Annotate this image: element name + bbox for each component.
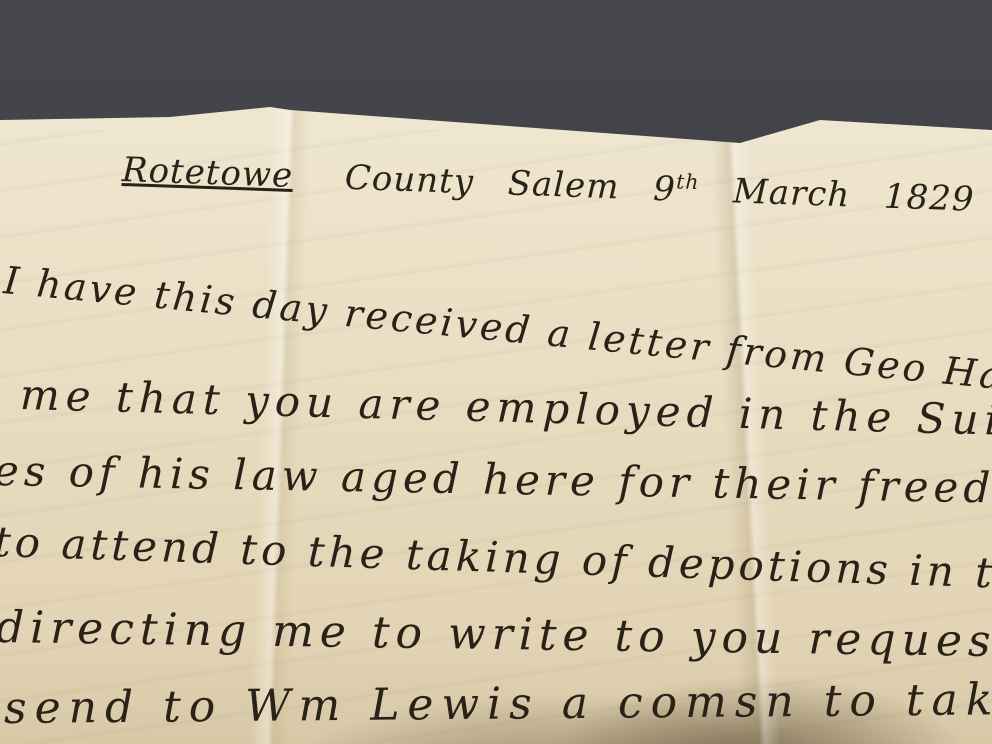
heading-place: Rotetowe bbox=[121, 150, 294, 196]
heading-county: County bbox=[344, 158, 474, 202]
heading-month: March bbox=[732, 172, 851, 216]
heading-date: 9th bbox=[653, 169, 700, 211]
heading-town: Salem bbox=[507, 164, 620, 208]
letter-line-6: send to Wm Lewis a comsn to take th bbox=[4, 673, 992, 734]
heading-year: 1829 bbox=[883, 177, 975, 220]
